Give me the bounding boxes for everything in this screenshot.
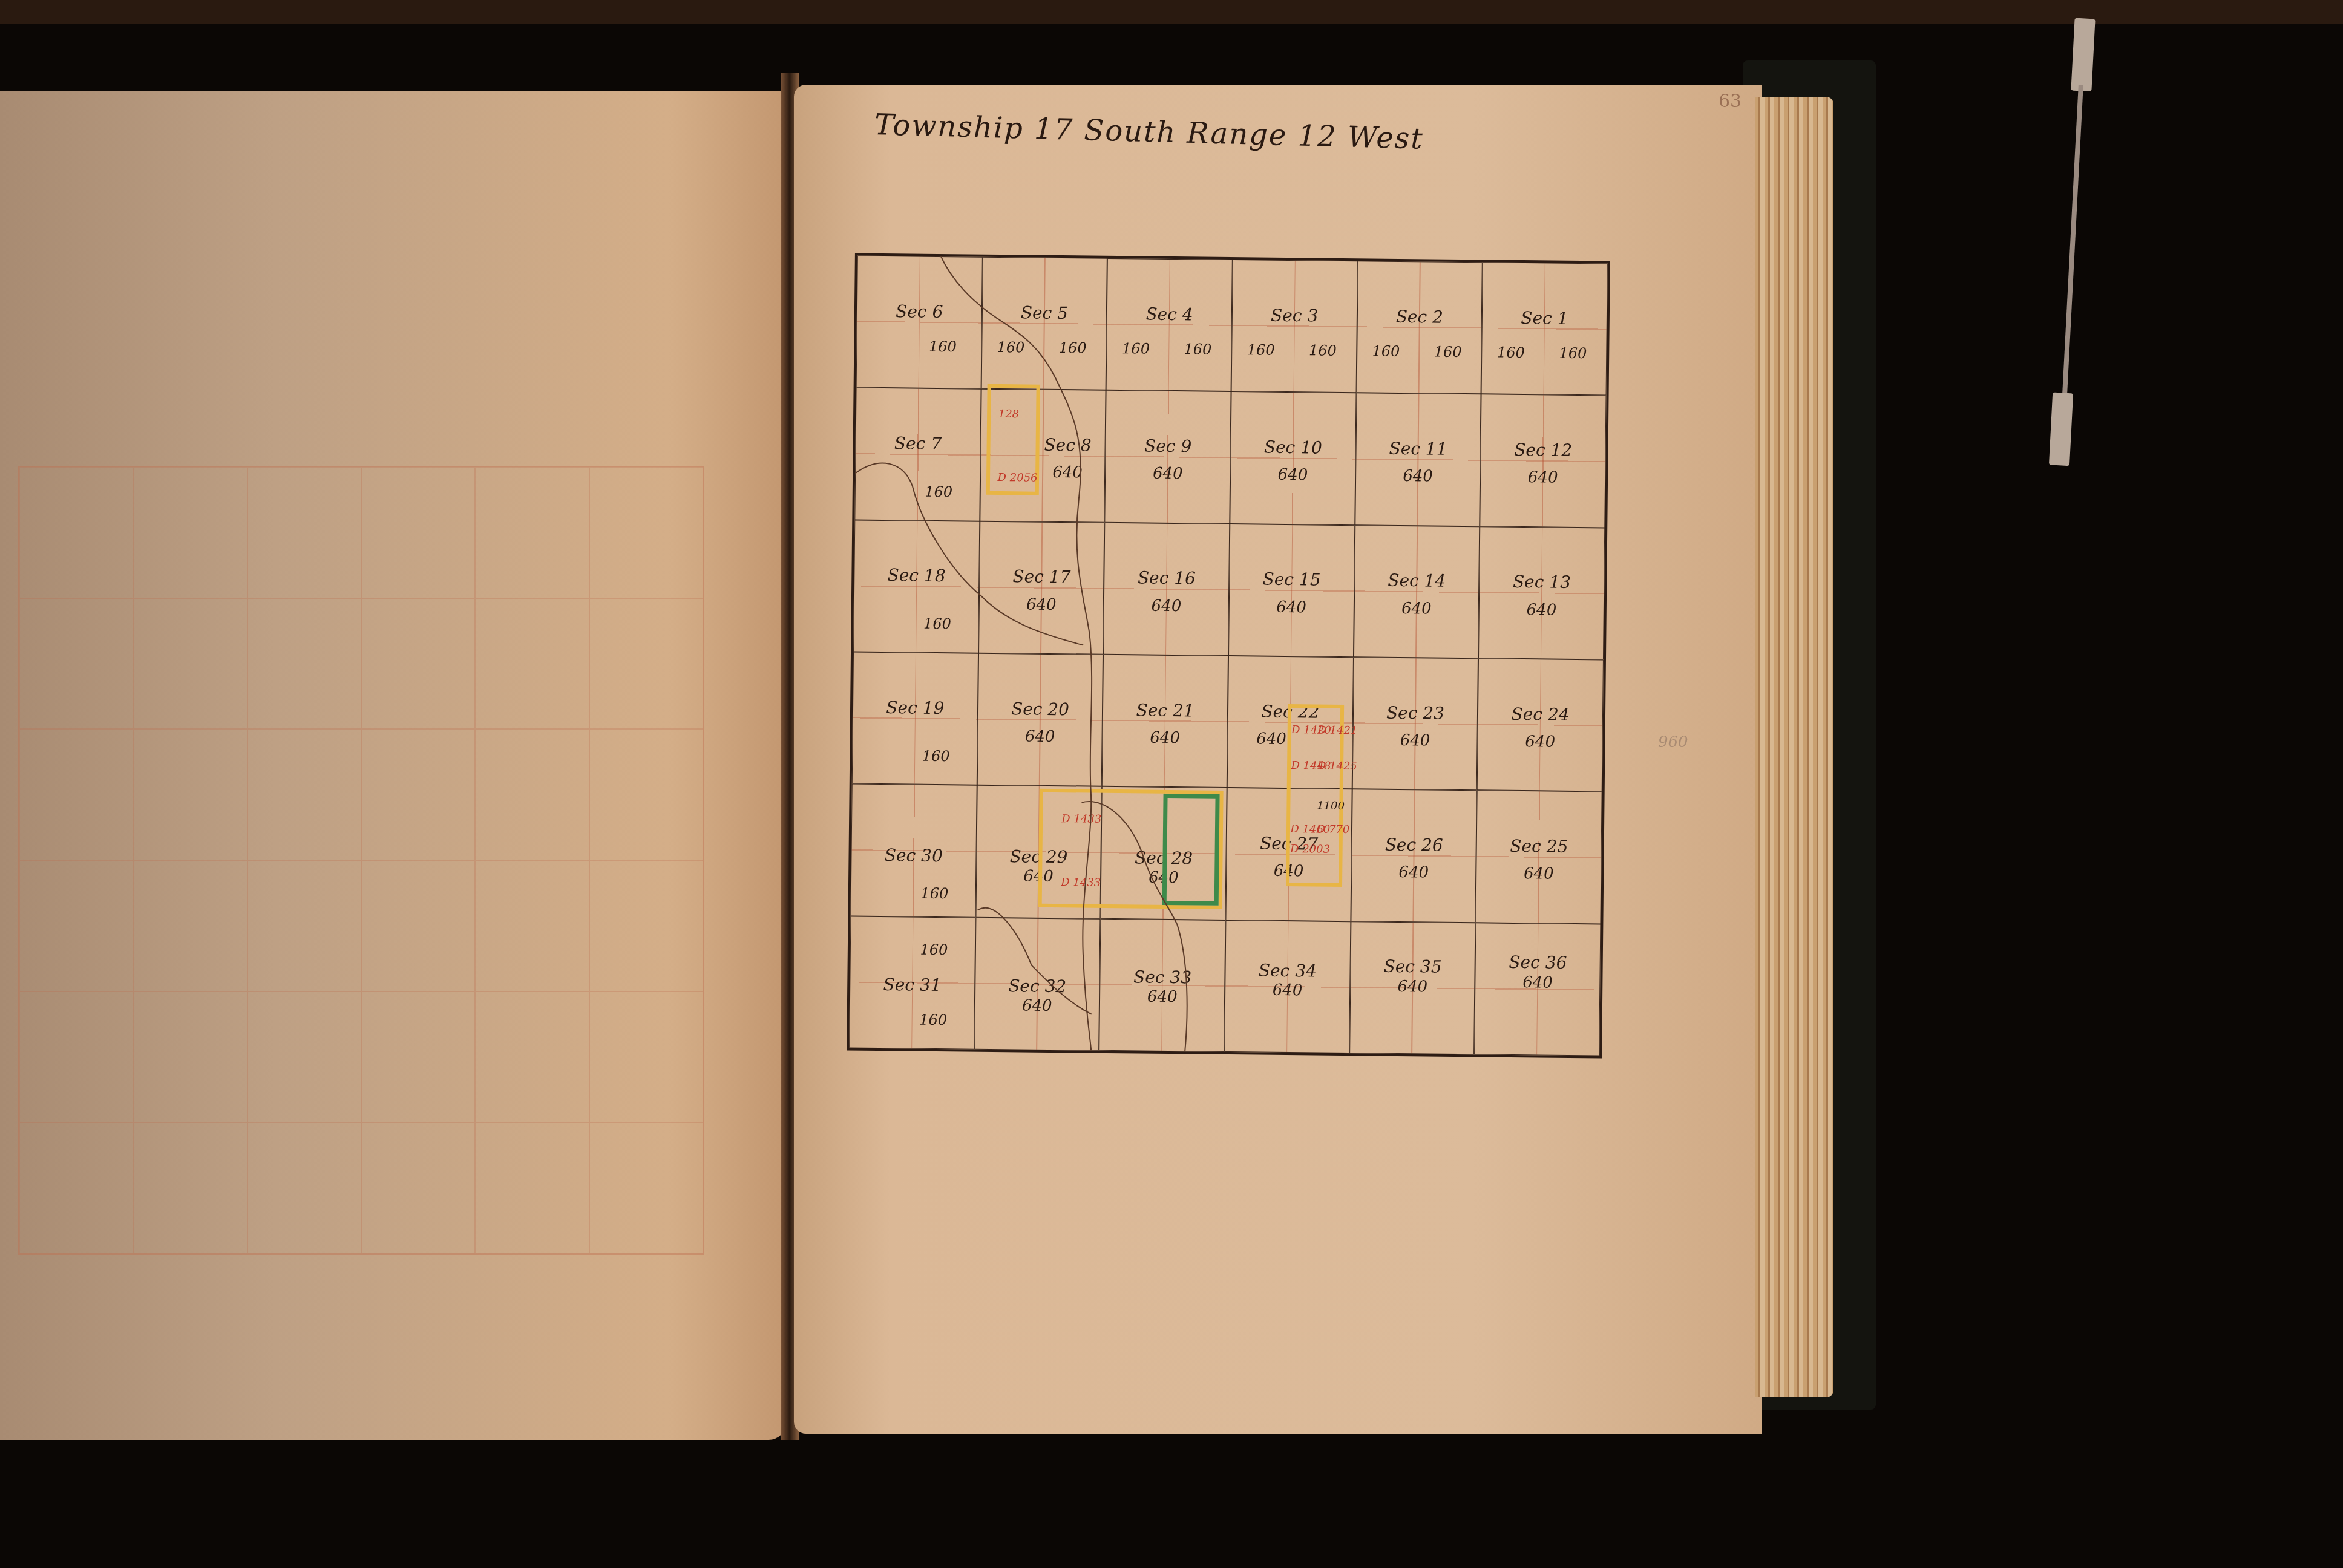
section-cell: Sec 17640 [978, 521, 1105, 654]
section-label: Sec 36 [1476, 952, 1600, 973]
annotation: D 770 [1317, 823, 1350, 837]
section-cell: Sec 16640 [1103, 523, 1230, 656]
spatula-shaft [2062, 85, 2083, 399]
acreage: 640 [1476, 973, 1600, 992]
acreage: 640 [1104, 596, 1228, 616]
section-label: Sec 19 [853, 697, 977, 718]
section-label: Sec 1 [1483, 307, 1607, 328]
section-label: Sec 9 [1106, 436, 1230, 457]
acreage: 640 [1031, 463, 1105, 482]
section-cell: Sec 3160160 [1231, 260, 1358, 393]
section-label: Sec 7 [856, 433, 980, 454]
acreage: 160 [929, 338, 957, 355]
section-cell: Sec 9640 [1105, 390, 1231, 523]
section-label: Sec 24 [1478, 704, 1602, 725]
section-cell: Sec 13640 [1478, 526, 1605, 659]
spatula-blade-top [2071, 18, 2095, 92]
annotation: D 2003 [1290, 843, 1330, 856]
blank-township-grid [18, 466, 704, 1255]
section-label: Sec 18 [854, 565, 978, 586]
acreage: 640 [1481, 468, 1605, 488]
section-label: Sec 6 [857, 301, 981, 322]
annotation: D 1421 [1317, 724, 1357, 737]
section-cell: Sec 36640 [1474, 923, 1601, 1056]
acreage: 640 [1480, 600, 1604, 619]
section-cell: Sec 23640 [1352, 657, 1478, 790]
acreage: 160 [997, 339, 1024, 356]
section-cell: Sec 21640 [1102, 655, 1228, 788]
acreage: 160 [919, 1011, 947, 1028]
acreage: 640 [1225, 981, 1349, 1000]
annotation: D 1433 [1061, 812, 1101, 826]
section-label: Sec 23 [1354, 702, 1478, 724]
section-label: Sec 5 [982, 302, 1106, 323]
section-label: Sec 21 [1103, 699, 1227, 720]
section-label: Sec 30 [851, 844, 975, 866]
section-label: Sec 35 [1351, 956, 1475, 977]
acreage: 640 [1476, 864, 1601, 884]
section-cell: Sec 1160160 [1481, 262, 1608, 395]
background-top [0, 0, 2343, 24]
highlight-green-sec28 [1162, 794, 1219, 905]
section-label: Sec 26 [1352, 834, 1476, 855]
section-cell: Sec 2160160 [1356, 261, 1483, 394]
spatula-blade-bottom [2049, 393, 2073, 466]
section-label: Sec 11 [1356, 438, 1480, 459]
section-cell: Sec 12640 [1480, 394, 1607, 528]
section-cell: Sec 34640 [1224, 920, 1351, 1053]
acreage: 640 [978, 727, 1102, 746]
section-cell: Sec 7160 [854, 388, 981, 521]
acreage: 160 [1497, 344, 1525, 361]
annotation: D 1433 [1061, 876, 1101, 889]
acreage: 160 [923, 615, 951, 632]
annotation: D 2056 [998, 471, 1038, 485]
section-label: Sec 14 [1355, 570, 1479, 591]
acreage: 160 [1559, 345, 1587, 362]
acreage: 640 [1356, 467, 1480, 486]
section-label: Sec 3 [1233, 305, 1357, 326]
section-label: Sec 32 [975, 975, 1099, 996]
section-label: Sec 13 [1480, 572, 1604, 593]
section-label: Sec 33 [1101, 966, 1225, 987]
pencil-note: 960 [1658, 732, 1688, 753]
acreage: 160 [922, 747, 950, 764]
section-cell: Sec 26640 [1351, 789, 1477, 922]
annotation: 128 [998, 408, 1020, 420]
section-cell: Sec 14640 [1354, 525, 1480, 658]
acreage: 160 [920, 941, 948, 958]
acreage: 640 [1106, 464, 1230, 483]
page-edges [1755, 97, 1833, 1397]
section-label: Sec 8 [1031, 434, 1105, 455]
section-cell: Sec 18160 [853, 520, 980, 653]
acreage: 640 [1353, 731, 1477, 750]
section-label: Sec 15 [1230, 569, 1354, 590]
acreage: 640 [1352, 863, 1476, 883]
acreage: 640 [1354, 599, 1478, 618]
left-page [0, 91, 787, 1440]
section-label: Sec 25 [1477, 835, 1601, 857]
section-cell: Sec 5160160 [981, 257, 1107, 390]
section-label: Sec 31 [850, 974, 974, 995]
section-cell: Sec 19160 [852, 652, 978, 785]
section-cell: Sec 4160160 [1106, 258, 1233, 391]
section-label: Sec 17 [980, 566, 1104, 587]
annotation: 1100 [1317, 799, 1345, 812]
section-cell: Sec 20640 [977, 653, 1103, 786]
acreage: 160 [920, 884, 948, 901]
section-cell: Sec 30160 [850, 784, 977, 917]
annotation: D 1425 [1317, 760, 1357, 773]
acreage: 160 [1122, 340, 1150, 357]
acreage: 640 [1478, 732, 1602, 751]
section-cell: Sec 6160 [856, 256, 983, 389]
acreage: 640 [1231, 465, 1355, 485]
section-cell: Sec 32640 [974, 917, 1101, 1050]
section-cell: Sec 15640 [1228, 524, 1355, 657]
acreage: 640 [1351, 977, 1475, 996]
acreage: 160 [1434, 344, 1462, 361]
page-number: 63 [1719, 91, 1742, 112]
section-label: Sec 10 [1231, 437, 1355, 458]
acreage: 160 [1309, 342, 1337, 359]
acreage: 160 [1372, 343, 1400, 360]
township-plat: Sec 6160 Sec 5160160 Sec 4160160 Sec 316… [847, 253, 1610, 1059]
section-cell: Sec 33640 [1099, 918, 1225, 1051]
section-cell: Sec 24640 [1477, 658, 1604, 791]
section-label: Sec 16 [1104, 567, 1228, 589]
acreage: 640 [975, 996, 1099, 1016]
acreage: 640 [979, 595, 1103, 614]
acreage: 640 [1230, 598, 1354, 617]
section-label: Sec 20 [978, 698, 1103, 719]
section-cell: Sec 25640 [1476, 791, 1602, 924]
section-cell: Sec 35640 [1349, 921, 1476, 1054]
acreage: 160 [1247, 341, 1275, 358]
section-label: Sec 4 [1107, 303, 1231, 324]
acreage: 160 [1184, 341, 1211, 358]
metal-spatula [2054, 18, 2091, 472]
section-label: Sec 12 [1481, 439, 1605, 460]
acreage: 160 [925, 483, 952, 500]
section-cell: Sec 11640 [1355, 393, 1481, 526]
acreage: 160 [1059, 339, 1087, 356]
section-label: Sec 34 [1225, 960, 1349, 981]
section-cell: Sec 31160160 [849, 916, 975, 1049]
acreage: 640 [1100, 987, 1224, 1007]
section-label: Sec 2 [1357, 306, 1481, 327]
section-cell: Sec 10640 [1230, 391, 1356, 524]
